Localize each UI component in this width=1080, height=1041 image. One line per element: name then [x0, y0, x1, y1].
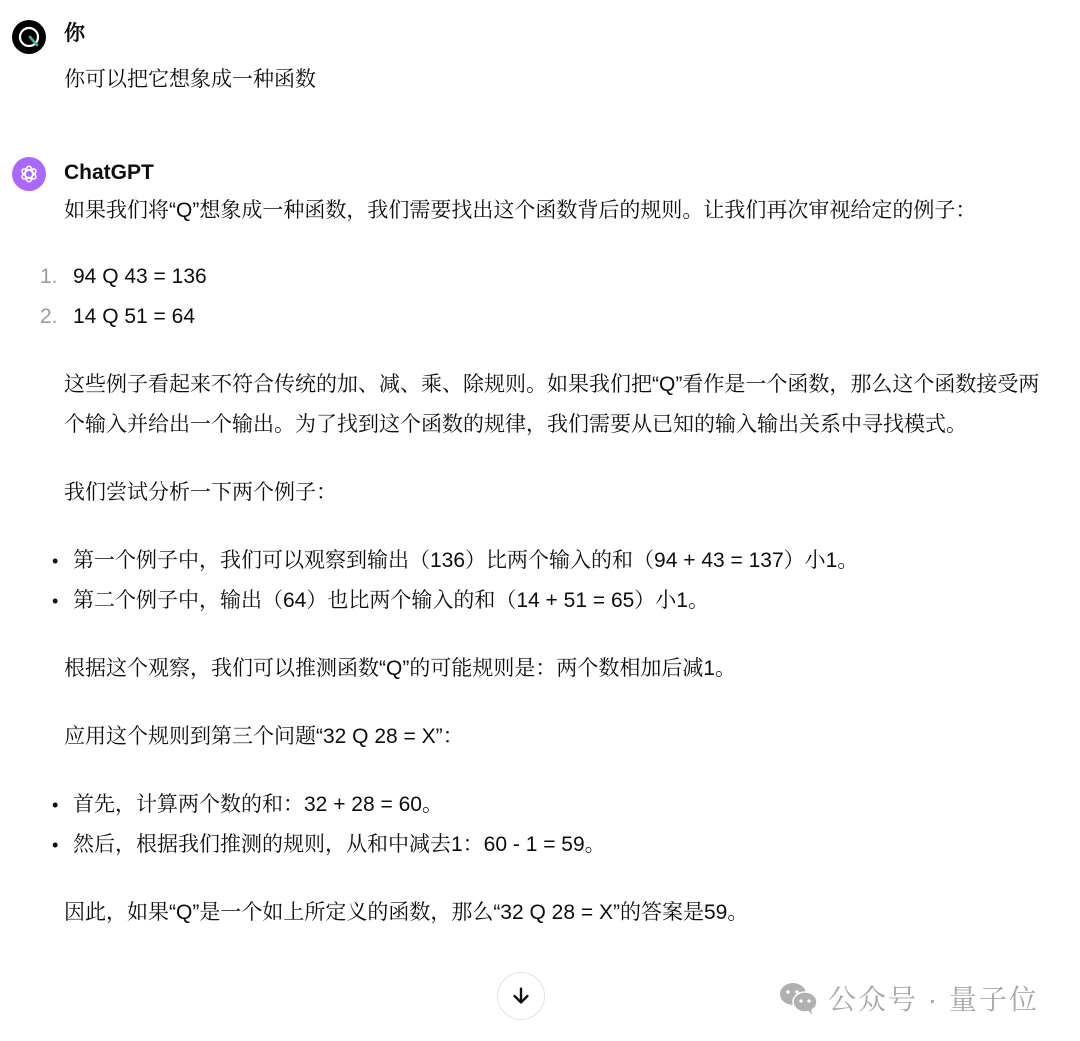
intro-paragraph: 如果我们将“Q”想象成一种函数，我们需要找出这个函数背后的规则。让我们再次审视给…	[64, 191, 1044, 231]
list-item-text: 然后，根据我们推测的规则，从和中减去1：60 - 1 = 59。	[73, 833, 606, 856]
analysis-list: • 第一个例子中，我们可以观察到输出（136）比两个输入的和（94 + 43 =…	[64, 541, 1044, 621]
list-item: • 首先，计算两个数的和：32 + 28 = 60。	[64, 785, 1044, 825]
bullet-icon: •	[52, 581, 58, 621]
user-avatar-q-logo-icon	[12, 20, 46, 54]
list-number: 2.	[40, 297, 58, 337]
conclusion-paragraph: 因此，如果“Q”是一个如上所定义的函数，那么“32 Q 28 = X”的答案是5…	[64, 893, 1044, 933]
assistant-message-body: 如果我们将“Q”想象成一种函数，我们需要找出这个函数背后的规则。让我们再次审视给…	[64, 191, 1044, 933]
bullet-icon: •	[52, 541, 58, 581]
steps-list: • 首先，计算两个数的和：32 + 28 = 60。 • 然后，根据我们推测的规…	[64, 785, 1044, 865]
arrow-down-icon	[510, 985, 532, 1007]
try-analysis-paragraph: 我们尝试分析一下两个例子：	[64, 473, 1044, 513]
user-message-text: 你可以把它想象成一种函数	[64, 66, 316, 94]
list-item-text: 第二个例子中，输出（64）也比两个输入的和（14 + 51 = 65）小1。	[73, 589, 709, 612]
list-item-text: 第一个例子中，我们可以观察到输出（136）比两个输入的和（94 + 43 = 1…	[73, 549, 858, 572]
examples-list: 1. 94 Q 43 = 136 2. 14 Q 51 = 64	[64, 257, 1044, 337]
assistant-avatar	[12, 157, 46, 191]
list-item: • 然后，根据我们推测的规则，从和中减去1：60 - 1 = 59。	[64, 825, 1044, 865]
user-message: 你 你可以把它想象成一种函数	[0, 18, 1080, 88]
list-item-text: 14 Q 51 = 64	[73, 305, 195, 328]
openai-logo-icon	[18, 163, 40, 185]
list-item: 2. 14 Q 51 = 64	[64, 297, 1044, 337]
bullet-icon: •	[52, 785, 58, 825]
assistant-author-name: ChatGPT	[64, 159, 154, 187]
bullet-icon: •	[52, 825, 58, 865]
list-item: 1. 94 Q 43 = 136	[64, 257, 1044, 297]
watermark: 公众号 · 量子位	[778, 978, 1039, 1018]
list-item-text: 首先，计算两个数的和：32 + 28 = 60。	[73, 793, 443, 816]
analysis-intro-paragraph: 这些例子看起来不符合传统的加、减、乘、除规则。如果我们把“Q”看作是一个函数，那…	[64, 365, 1044, 445]
scroll-to-bottom-button[interactable]	[497, 972, 545, 1020]
wechat-icon	[778, 980, 820, 1016]
watermark-text: 公众号 · 量子位	[828, 978, 1039, 1018]
user-author-name: 你	[64, 20, 85, 48]
list-number: 1.	[40, 257, 58, 297]
rule-paragraph: 根据这个观察，我们可以推测函数“Q”的可能规则是：两个数相加后减1。	[64, 649, 1044, 689]
list-item: • 第一个例子中，我们可以观察到输出（136）比两个输入的和（94 + 43 =…	[64, 541, 1044, 581]
apply-rule-paragraph: 应用这个规则到第三个问题“32 Q 28 = X”：	[64, 717, 1044, 757]
user-avatar	[12, 20, 46, 54]
list-item-text: 94 Q 43 = 136	[73, 265, 207, 288]
list-item: • 第二个例子中，输出（64）也比两个输入的和（14 + 51 = 65）小1。	[64, 581, 1044, 621]
